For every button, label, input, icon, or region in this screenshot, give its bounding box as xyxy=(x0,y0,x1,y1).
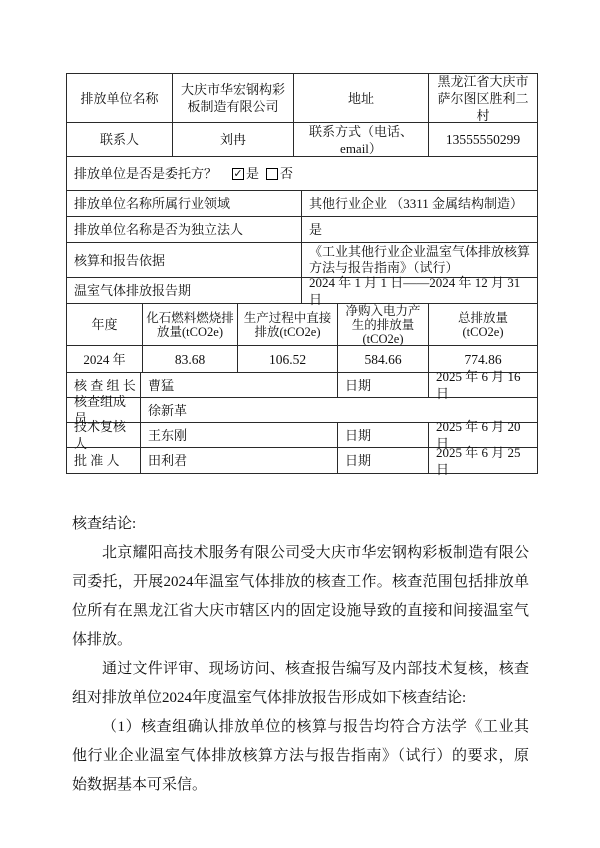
legal-entity-label: 排放单位名称是否为独立法人 xyxy=(67,217,302,243)
col-header-fossil: 化石燃料燃烧排放量(tCO2e) xyxy=(143,304,238,346)
col-header-electricity: 净购入电力产生的排放量(tCO2e) xyxy=(338,304,429,346)
no-label: 否 xyxy=(280,165,293,182)
period-label: 温室气体排放报告期 xyxy=(67,278,302,304)
reviewer-name: 王东刚 xyxy=(141,423,338,448)
yes-label: 是 xyxy=(246,165,259,182)
unit-name-value: 大庆市华宏钢构彩板制造有限公司 xyxy=(173,74,294,123)
unit-name-label: 排放单位名称 xyxy=(67,74,173,123)
leader-date: 2025 年 6 月 16 日 xyxy=(429,373,538,398)
table-row: 排放单位名称是否为独立法人 是 xyxy=(67,217,538,243)
approver-role-label: 批 准 人 xyxy=(67,448,141,474)
checkbox-no-unchecked-icon xyxy=(266,168,278,180)
conclusion-paragraph: 通过文件评审、现场访问、核查报告编写及内部技术复核，核查组对排放单位2024年度… xyxy=(72,655,529,713)
legal-entity-value: 是 xyxy=(302,217,538,243)
contact-method-label: 联系方式（电话、email） xyxy=(294,123,429,157)
signoff-row-leader: 核 查 组 长 曹猛 日期 2025 年 6 月 16 日 xyxy=(67,373,538,398)
electricity-value: 584.66 xyxy=(338,346,429,373)
process-value: 106.52 xyxy=(238,346,338,373)
client-question-label: 排放单位是否是委托方？ xyxy=(74,165,217,182)
client-question-cell: 排放单位是否是委托方？ ✓ 是 否 xyxy=(67,157,538,191)
col-header-process: 生产过程中直接排放(tCO2e) xyxy=(238,304,338,346)
document-page: 排放单位名称 大庆市华宏钢构彩板制造有限公司 地址 黑龙江省大庆市萨尔图区胜利二… xyxy=(0,0,600,848)
contact-method-value: 13555550299 xyxy=(429,123,538,157)
approver-date: 2025 年 6 月 25 日 xyxy=(429,448,538,474)
signoff-row-approver: 批 准 人 田利君 日期 2025 年 6 月 25 日 xyxy=(67,448,538,474)
emissions-header-row: 年度 化石燃料燃烧排放量(tCO2e) 生产过程中直接排放(tCO2e) 净购入… xyxy=(67,304,538,346)
address-label: 地址 xyxy=(294,74,429,123)
period-value: 2024 年 1 月 1 日——2024 年 12 月 31 日 xyxy=(302,278,538,304)
conclusion-paragraph: 北京耀阳高技术服务有限公司受大庆市华宏钢构彩板制造有限公司委托，开展2024年温… xyxy=(72,539,529,655)
info-table: 排放单位名称 大庆市华宏钢构彩板制造有限公司 地址 黑龙江省大庆市萨尔图区胜利二… xyxy=(66,73,538,474)
col-header-year: 年度 xyxy=(67,304,143,346)
industry-value: 其他行业企业 （3311 金属结构制造） xyxy=(302,191,538,217)
table-row: 温室气体排放报告期 2024 年 1 月 1 日——2024 年 12 月 31… xyxy=(67,278,538,304)
reviewer-date-label: 日期 xyxy=(338,423,429,448)
address-value: 黑龙江省大庆市萨尔图区胜利二村 xyxy=(429,74,538,123)
fossil-value: 83.68 xyxy=(143,346,238,373)
leader-date-label: 日期 xyxy=(338,373,429,398)
year-value: 2024 年 xyxy=(67,346,143,373)
checkbox-yes-checked-icon: ✓ xyxy=(232,168,244,180)
table-row: 排放单位名称所属行业领域 其他行业企业 （3311 金属结构制造） xyxy=(67,191,538,217)
table-row: 排放单位是否是委托方？ ✓ 是 否 xyxy=(67,157,538,191)
basis-label: 核算和报告依据 xyxy=(67,243,302,278)
table-row: 排放单位名称 大庆市华宏钢构彩板制造有限公司 地址 黑龙江省大庆市萨尔图区胜利二… xyxy=(67,74,538,123)
industry-label: 排放单位名称所属行业领域 xyxy=(67,191,302,217)
leader-name: 曹猛 xyxy=(141,373,338,398)
col-header-total: 总排放量(tCO2e) xyxy=(429,304,538,346)
approver-date-label: 日期 xyxy=(338,448,429,474)
conclusion-paragraph: （1）核查组确认排放单位的核算与报告均符合方法学《工业其他行业企业温室气体排放核… xyxy=(72,713,529,800)
approver-name: 田利君 xyxy=(141,448,338,474)
contact-value: 刘冉 xyxy=(173,123,294,157)
reviewer-role-label: 技术复核人 xyxy=(67,423,141,448)
table-row: 联系人 刘冉 联系方式（电话、email） 13555550299 xyxy=(67,123,538,157)
contact-label: 联系人 xyxy=(67,123,173,157)
conclusion-section: 核查结论: 北京耀阳高技术服务有限公司受大庆市华宏钢构彩板制造有限公司委托，开展… xyxy=(72,510,529,800)
conclusion-heading: 核查结论: xyxy=(72,510,529,539)
